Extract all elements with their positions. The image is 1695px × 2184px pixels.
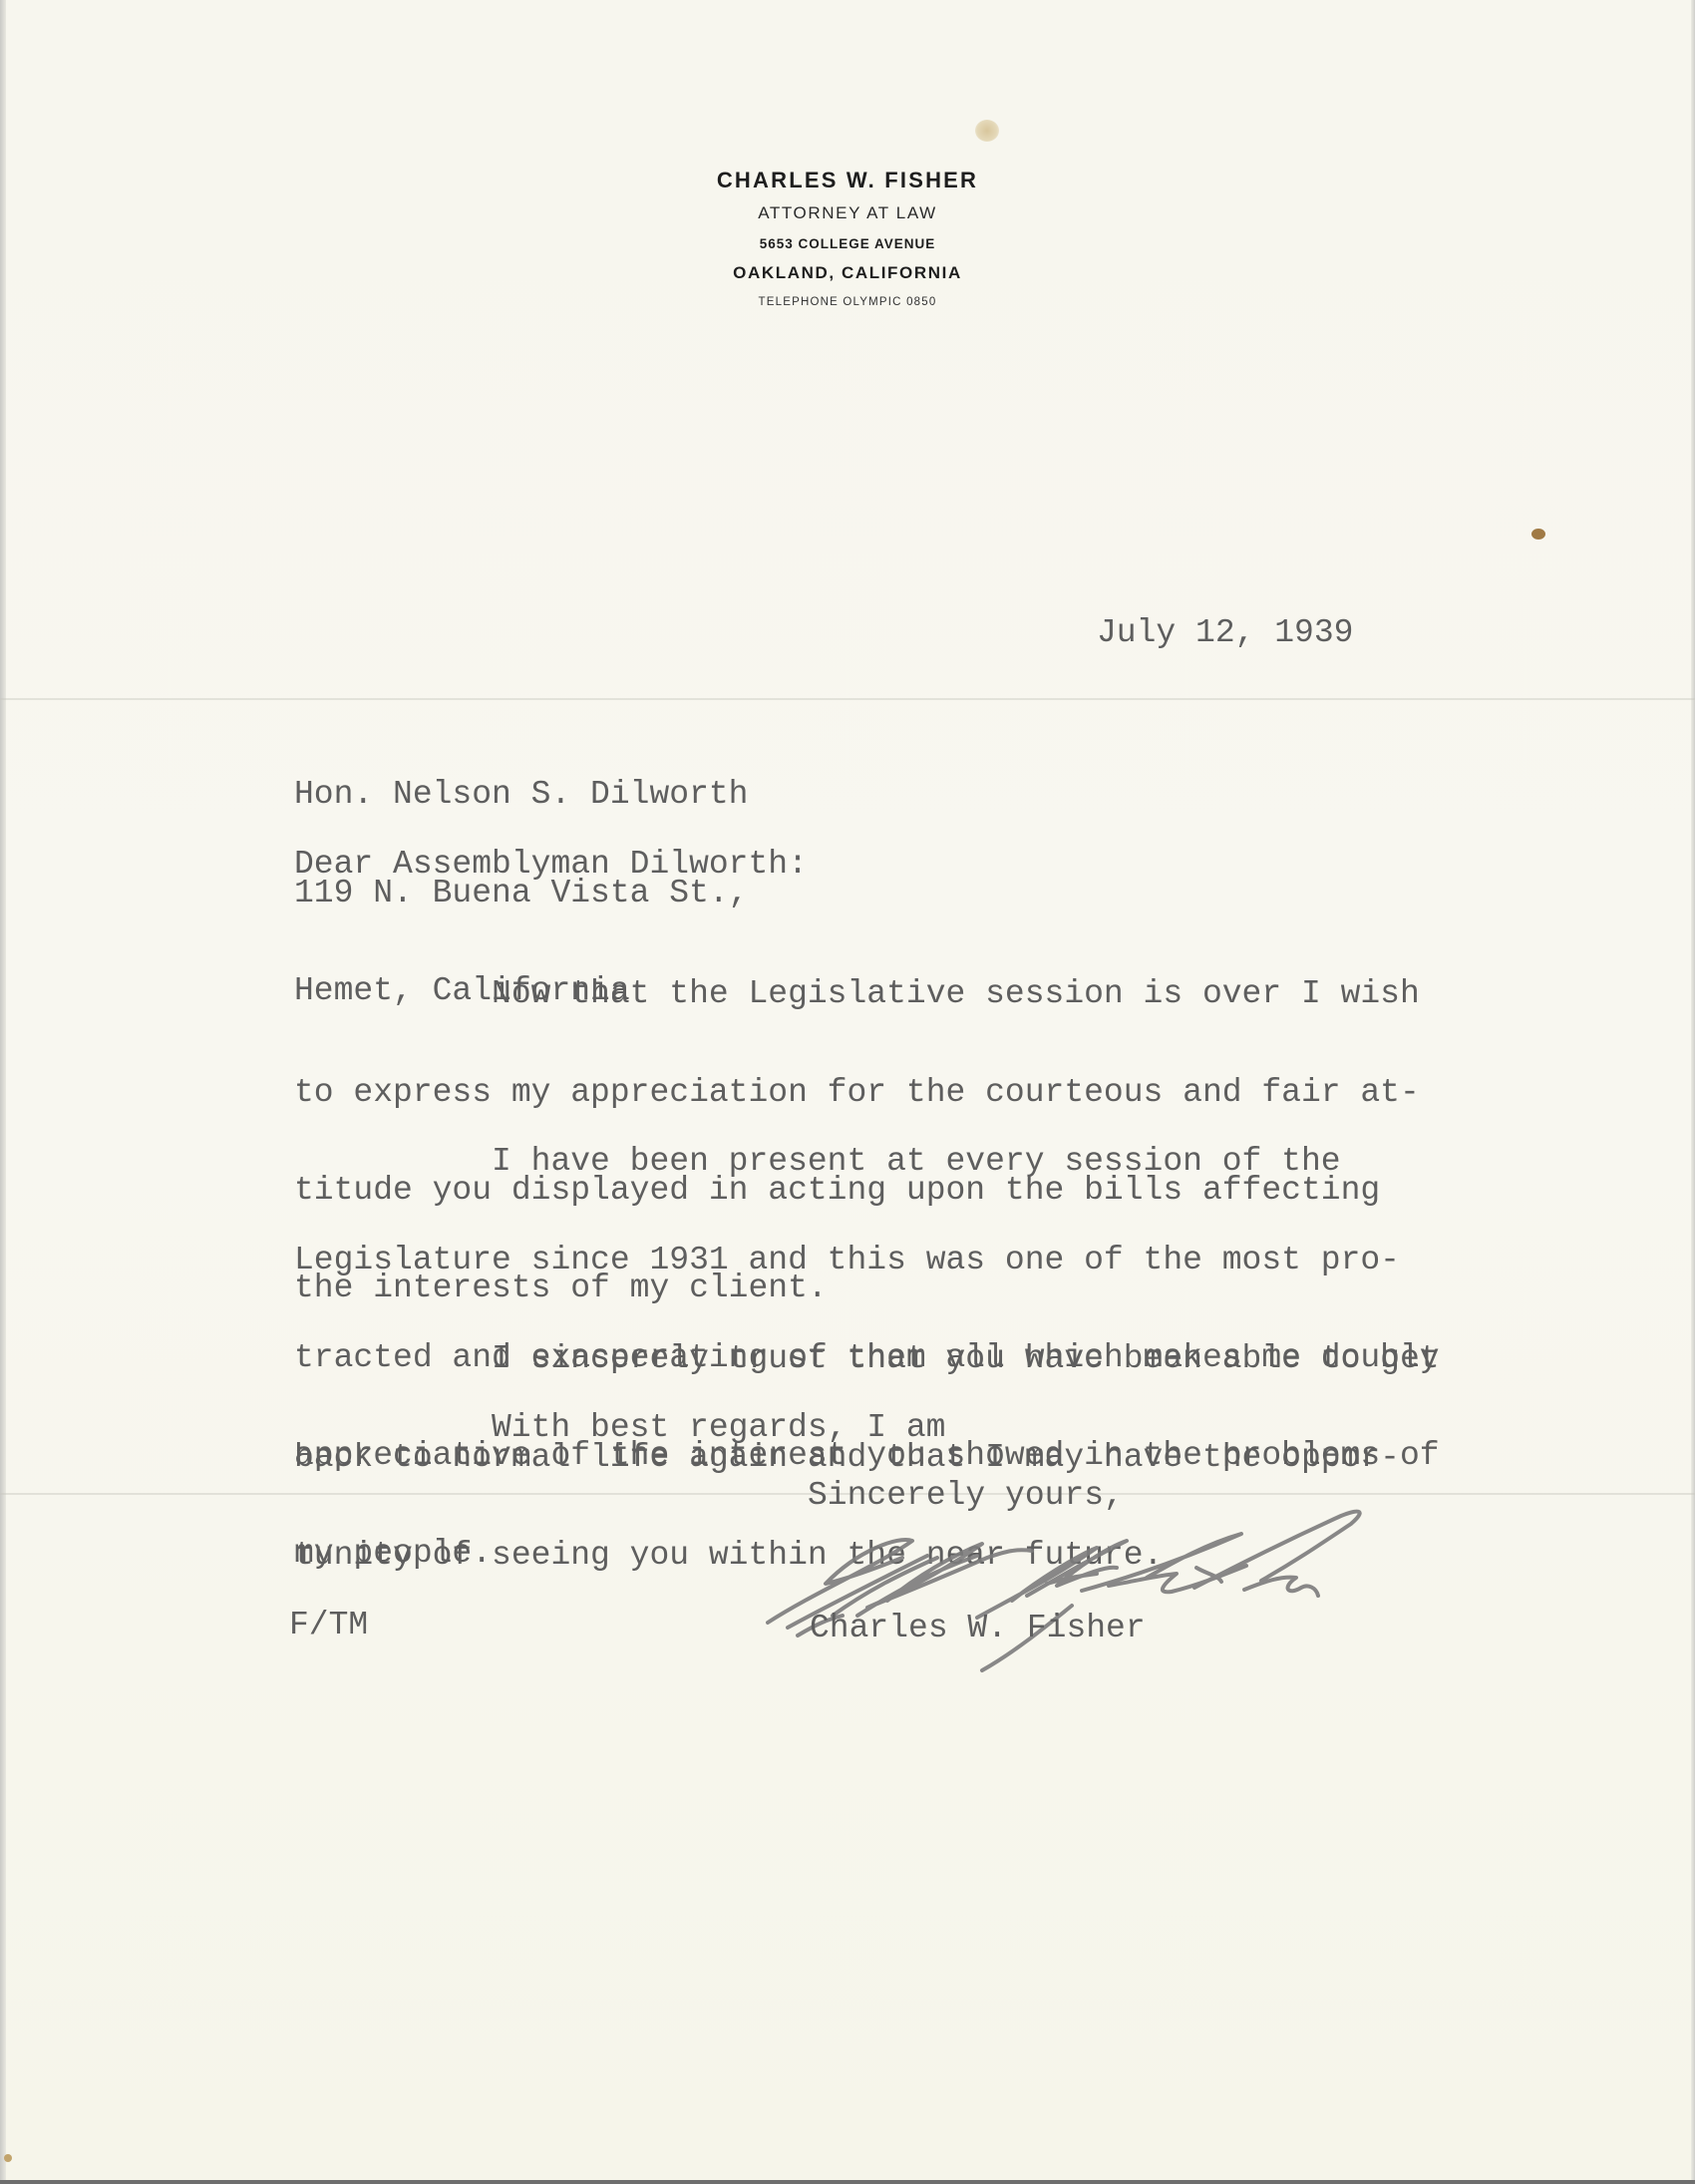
paper-edge-right bbox=[1691, 0, 1695, 2184]
recipient-line: Hon. Nelson S. Dilworth bbox=[294, 779, 748, 812]
complimentary-close: Sincerely yours, bbox=[808, 1480, 1124, 1513]
salutation: Dear Assemblyman Dilworth: bbox=[294, 849, 808, 882]
reference-initials: F/TM bbox=[289, 1610, 368, 1642]
stain-top bbox=[975, 120, 999, 142]
letterhead-city: OAKLAND, CALIFORNIA bbox=[0, 263, 1695, 283]
paragraph-line: I sincerely trust that you have been abl… bbox=[294, 1343, 1440, 1376]
signer-name: Charles W. Fisher bbox=[810, 1613, 1146, 1645]
stain-bottom-left bbox=[4, 2154, 12, 2162]
paragraph-line: Now that the Legislative session is over… bbox=[294, 978, 1420, 1011]
letter-date: July 12, 1939 bbox=[1097, 617, 1353, 650]
letterhead-name: CHARLES W. FISHER bbox=[0, 168, 1695, 193]
letterhead-street: 5653 COLLEGE AVENUE bbox=[0, 236, 1695, 251]
closing-remark: With best regards, I am bbox=[492, 1412, 945, 1445]
paragraph-line: Legislature since 1931 and this was one … bbox=[294, 1245, 1440, 1277]
paragraph-line: back to normal life again and that I may… bbox=[294, 1442, 1440, 1475]
letterhead-title: ATTORNEY AT LAW bbox=[0, 203, 1695, 223]
letterhead-phone: TELEPHONE OLYMPIC 0850 bbox=[0, 296, 1695, 308]
paper-edge-left bbox=[0, 0, 6, 2184]
paragraph-line: I have been present at every session of … bbox=[294, 1146, 1440, 1179]
fold-line-upper bbox=[0, 698, 1695, 700]
stain-right bbox=[1531, 529, 1545, 540]
paragraph-line: tunity of seeing you within the near fut… bbox=[294, 1540, 1440, 1573]
paper-edge-bottom bbox=[0, 2180, 1695, 2184]
